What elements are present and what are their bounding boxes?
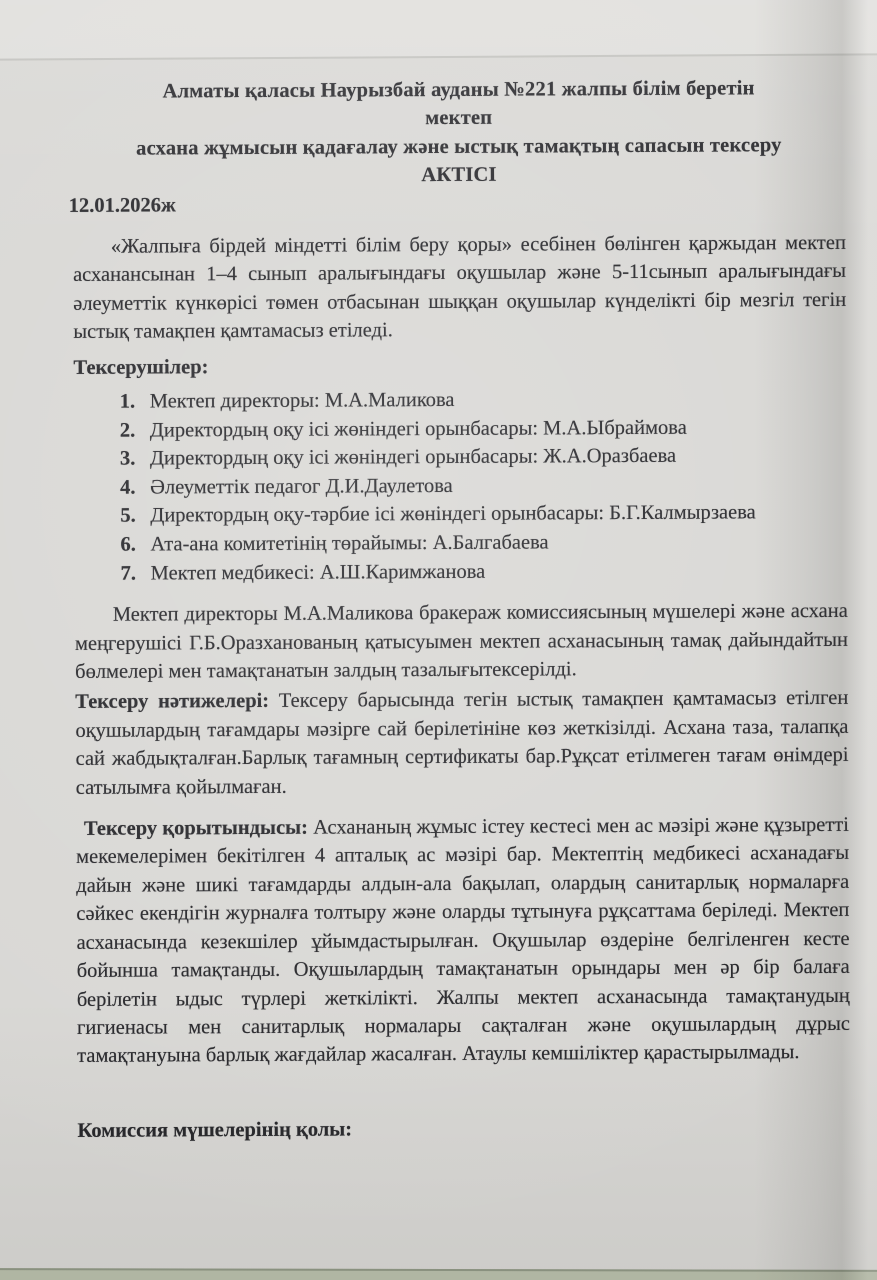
inspector-text: Директордың оқу-тәрбие ісі жөніндегі оры… [150, 502, 756, 527]
inspector-number: 2. [120, 416, 150, 445]
document-photo: Алматы қаласы Наурызбай ауданы №221 жалп… [0, 0, 877, 1280]
title-line-2: мектеп [72, 102, 845, 134]
inspector-item: 2.Директордың оқу ісі жөніндегі орынбаса… [120, 413, 847, 445]
intro-paragraph: «Жалпыға бірдей міндетті білім беру қоры… [73, 229, 847, 347]
inspectors-heading: Тексерушілер: [73, 350, 846, 382]
act-document: Алматы қаласы Наурызбай ауданы №221 жалп… [0, 0, 877, 1145]
title-line-4: АКТІСІ [72, 159, 845, 191]
inspector-text: Мектеп директоры: М.А.Маликова [150, 389, 455, 413]
inspector-item: 7.Мектеп медбикесі: А.Ш.Каримжанова [121, 555, 848, 587]
inspector-number: 3. [120, 445, 150, 474]
inspector-text: Әлеуметтік педагог Д.И.Даулетова [150, 475, 453, 499]
document-title: Алматы қаласы Наурызбай ауданы №221 жалп… [72, 74, 846, 192]
document-date: 12.01.2026ж [69, 187, 846, 219]
inspector-number: 6. [120, 531, 150, 560]
inspector-number: 4. [120, 473, 150, 502]
inspector-item: 4.Әлеуметтік педагог Д.И.Даулетова [120, 470, 847, 502]
conclusion-paragraph: Тексеру қорытындысы: Асхананың жұмыс іст… [76, 811, 850, 1071]
commission-paragraph: Мектеп директоры М.А.Маликова бракераж к… [75, 597, 848, 686]
inspector-item: 6.Ата-ана комитетінің төрайымы: А.Балгаб… [120, 527, 847, 559]
results-label: Тексеру нәтижелері: [75, 690, 269, 713]
inspector-text: Мектеп медбикесі: А.Ш.Каримжанова [151, 560, 486, 584]
inspector-number: 5. [120, 502, 150, 531]
inspector-number: 7. [121, 559, 151, 588]
inspector-text: Директордың оқу ісі жөніндегі орынбасары… [150, 445, 676, 470]
title-line-1: Алматы қаласы Наурызбай ауданы №221 жалп… [72, 74, 845, 106]
conclusion-label: Тексеру қорытындысы: [84, 817, 308, 840]
title-line-3: асхана жұмысын қадағалау және ыстық тама… [72, 131, 845, 163]
inspector-number: 1. [120, 388, 150, 417]
inspectors-list: 1.Мектеп директоры: М.А.Маликова 2.Дирек… [74, 384, 848, 588]
inspector-text: Ата-ана комитетінің төрайымы: А.Балгабае… [150, 531, 548, 555]
inspector-item: 3.Директордың оқу ісі жөніндегі орынбаса… [120, 441, 847, 473]
signature-heading: Комиссия мүшелерінің қолы: [77, 1113, 850, 1145]
results-paragraph: Тексеру нәтижелері: Тексеру барысында те… [75, 684, 849, 802]
table-surface [0, 1268, 877, 1280]
conclusion-text: Асхананың жұмыс істеу кестесі мен ас мәз… [76, 814, 850, 1067]
inspector-text: Директордың оқу ісі жөніндегі орынбасары… [150, 416, 687, 441]
inspector-item: 5.Директордың оқу-тәрбие ісі жөніндегі о… [120, 498, 847, 530]
inspector-item: 1.Мектеп директоры: М.А.Маликова [120, 384, 847, 416]
